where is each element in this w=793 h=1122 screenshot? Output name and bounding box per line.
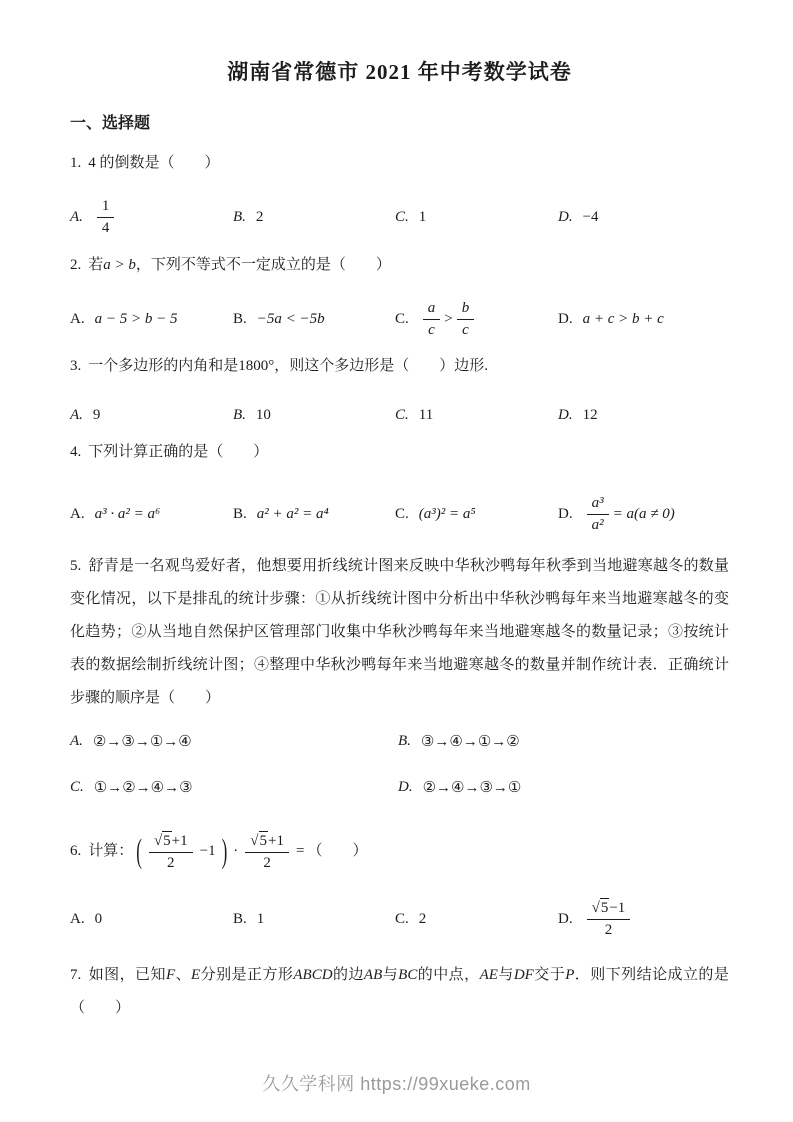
option-label: B.	[233, 506, 247, 523]
option-label: B.	[398, 733, 411, 750]
question-text: 一个多边形的内角和是	[88, 358, 238, 374]
option-text: ②→④→③→①	[423, 778, 522, 797]
question-text: 、	[175, 967, 191, 983]
question-1-stem: 1.4 的倒数是（ ）	[70, 148, 729, 180]
question-3: 3.一个多边形的内角和是1800°，则这个多边形是（ ）边形. A. 9 B. …	[70, 351, 729, 431]
question-number: 4.	[70, 444, 81, 460]
q4-option-a: A. a³ · a² = a⁶	[70, 506, 233, 523]
inline-math: a > b	[103, 257, 136, 273]
relation-sign: >	[444, 311, 452, 328]
question-text: 舒青是一名观鸟爱好者，他想要用折线统计图来反映中华秋沙鸭每年秋季到当地避寒越冬的…	[70, 558, 729, 706]
q3-option-d: D. 12	[558, 407, 729, 424]
q4-option-b: B. a² + a² = a⁴	[233, 506, 395, 523]
question-2: 2.若a > b，下列不等式不一定成立的是（ ） A. a − 5 > b − …	[70, 250, 729, 346]
question-number: 1.	[70, 155, 81, 171]
option-text: 2	[419, 911, 427, 928]
question-number: 5.	[70, 558, 81, 574]
option-label: A.	[70, 733, 83, 750]
fraction: b c	[457, 299, 475, 340]
q6-option-b: B. 1	[233, 911, 395, 928]
option-label: B.	[233, 911, 247, 928]
numerator-rest: +1	[172, 833, 188, 849]
footer: 久久学科网 https://99xueke.com	[0, 1070, 793, 1096]
option-math: a² + a² = a⁴	[257, 506, 329, 523]
question-text: ，下列不等式不一定成立的是（ ）	[136, 257, 391, 273]
q3-option-b: B. 10	[233, 407, 395, 424]
question-7-stem: 7.如图，已知F、E分别是正方形ABCD的边AB与BC的中点，AE与DF交于P．…	[70, 959, 729, 1025]
left-paren: (	[136, 830, 142, 874]
q4-option-c: C. (a³)² = a⁵	[395, 506, 558, 523]
option-label: D.	[558, 407, 573, 424]
q2-option-d: D. a + c > b + c	[558, 311, 729, 328]
question-text: 分别是正方形	[200, 967, 293, 983]
fraction: √5+1 2	[149, 832, 193, 873]
section-heading: 一、选择题	[70, 110, 729, 133]
question-3-options: A. 9 B. 10 C. 11 D. 12	[70, 401, 729, 431]
q1-option-b: B. 2	[233, 209, 395, 226]
fraction: √5−1 2	[587, 899, 631, 940]
question-number: 7.	[70, 967, 81, 983]
q3-option-c: C. 11	[395, 407, 558, 424]
q1-option-d: D. −4	[558, 209, 729, 226]
multiply-dot: ·	[233, 842, 238, 862]
sqrt-radical: √5	[592, 898, 610, 916]
option-label: D.	[558, 311, 573, 328]
q5-option-d: D. ②→④→③→①	[398, 778, 729, 797]
q3-option-a: A. 9	[70, 407, 233, 424]
question-6-stem: 6. 计算： ( √5+1 2 −1 ) · √5+1 2 = （ ）	[70, 821, 729, 883]
q2-option-a: A. a − 5 > b − 5	[70, 311, 233, 328]
fraction-numerator: 1	[97, 197, 115, 218]
option-text: 9	[93, 407, 101, 424]
option-label: B.	[233, 311, 247, 328]
question-text: 与	[382, 967, 398, 983]
exam-page: 湖南省常德市 2021 年中考数学试卷 一、选择题 1.4 的倒数是（ ） A.…	[0, 0, 793, 1025]
fraction-denominator: 4	[102, 218, 110, 238]
numerator-rest: −1	[609, 900, 625, 916]
option-label: C.	[395, 209, 409, 226]
q6-option-d: D. √5−1 2	[558, 899, 729, 940]
answer-blank: （ ）	[307, 842, 367, 862]
option-label: C.	[395, 407, 409, 424]
fraction: 1 4	[97, 197, 115, 238]
question-2-options: A. a − 5 > b − 5 B. −5a < −5b C. a c > b…	[70, 293, 729, 345]
question-5-options-row-1: A. ②→③→①→④ B. ③→④→①→②	[70, 721, 729, 761]
fraction: a c	[423, 299, 441, 340]
question-text: ，则这个多边形是（ ）边形.	[274, 358, 488, 374]
option-text: 1	[419, 209, 427, 226]
option-text: 2	[256, 209, 264, 226]
option-label: B.	[233, 407, 246, 424]
inline-math: P	[565, 967, 574, 983]
question-2-stem: 2.若a > b，下列不等式不一定成立的是（ ）	[70, 250, 729, 282]
question-5: 5.舒青是一名观鸟爱好者，他想要用折线统计图来反映中华秋沙鸭每年秋季到当地避寒越…	[70, 550, 729, 807]
inline-math: E	[191, 967, 200, 983]
fraction-numerator: √5+1	[149, 832, 193, 853]
question-4-stem: 4.下列计算正确的是（ ）	[70, 437, 729, 469]
option-text: 1	[257, 911, 265, 928]
fraction-denominator: 2	[605, 920, 613, 940]
fraction-denominator: 2	[263, 853, 271, 873]
option-label: D.	[558, 506, 573, 523]
option-text: 0	[95, 911, 103, 928]
option-text: ②→③→①→④	[93, 732, 192, 751]
option-text: 11	[419, 407, 433, 424]
option-label: C.	[395, 911, 409, 928]
question-text: 下列计算正确的是（ ）	[88, 444, 268, 460]
option-math: (a³)² = a⁵	[419, 506, 476, 523]
option-math: a³ · a² = a⁶	[95, 506, 161, 523]
option-label: C.	[395, 311, 409, 328]
question-text: 交于	[534, 967, 565, 983]
minus-term: −1	[200, 842, 216, 862]
inline-math: AE	[480, 967, 498, 983]
question-1-options: A. 1 4 B. 2 C. 1 D. −4	[70, 192, 729, 244]
question-3-stem: 3.一个多边形的内角和是1800°，则这个多边形是（ ）边形.	[70, 351, 729, 383]
inline-math: AB	[364, 967, 382, 983]
equals-sign: =	[296, 842, 304, 862]
question-4: 4.下列计算正确的是（ ） A. a³ · a² = a⁶ B. a² + a²…	[70, 437, 729, 541]
option-math: −5a < −5b	[257, 311, 325, 328]
option-label: D.	[398, 779, 413, 796]
option-label: D.	[558, 209, 573, 226]
fraction-denominator: 2	[167, 853, 175, 873]
question-text: 的中点，	[417, 967, 479, 983]
question-5-options-row-2: C. ①→②→④→③ D. ②→④→③→①	[70, 767, 729, 807]
question-6-options: A. 0 B. 1 C. 2 D. √5−1 2	[70, 893, 729, 945]
question-text: 与	[498, 967, 514, 983]
question-6: 6. 计算： ( √5+1 2 −1 ) · √5+1 2 = （ ） A. 0…	[70, 821, 729, 945]
q5-option-c: C. ①→②→④→③	[70, 778, 398, 797]
fraction-denominator: c	[462, 320, 469, 340]
fraction-numerator: a³	[587, 494, 609, 515]
question-text: 如图，已知	[88, 967, 166, 983]
option-text: 12	[583, 407, 598, 424]
fraction-numerator: √5+1	[245, 832, 289, 853]
option-math: = a(a ≠ 0)	[613, 506, 675, 523]
option-label: A.	[70, 209, 83, 226]
option-math: a + c > b + c	[583, 311, 664, 328]
q2-option-c: C. a c > b c	[395, 299, 558, 340]
q5-option-a: A. ②→③→①→④	[70, 732, 398, 751]
option-text: ①→②→④→③	[94, 778, 193, 797]
q2-option-b: B. −5a < −5b	[233, 311, 395, 328]
inline-math: 1800°	[238, 358, 274, 374]
option-label: A.	[70, 407, 83, 424]
question-text: 的边	[333, 967, 364, 983]
fraction-numerator: a	[423, 299, 441, 320]
option-math: a − 5 > b − 5	[95, 311, 178, 328]
option-label: C.	[395, 506, 409, 523]
option-label: B.	[233, 209, 246, 226]
question-4-options: A. a³ · a² = a⁶ B. a² + a² = a⁴ C. (a³)²…	[70, 488, 729, 540]
q1-option-a: A. 1 4	[70, 197, 233, 238]
numerator-rest: +1	[268, 833, 284, 849]
question-text: 若	[88, 257, 103, 273]
question-1: 1.4 的倒数是（ ） A. 1 4 B. 2 C. 1 D. −4	[70, 148, 729, 244]
inline-math: F	[166, 967, 175, 983]
footer-watermark-text: 久久学科网 https://99xueke.com	[262, 1074, 531, 1094]
fraction-numerator: b	[457, 299, 475, 320]
option-label: A.	[70, 311, 85, 328]
option-label: A.	[70, 506, 85, 523]
question-7: 7.如图，已知F、E分别是正方形ABCD的边AB与BC的中点，AE与DF交于P．…	[70, 959, 729, 1025]
option-label: D.	[558, 911, 573, 928]
fraction: √5+1 2	[245, 832, 289, 873]
question-number: 6.	[70, 842, 81, 862]
page-title: 湖南省常德市 2021 年中考数学试卷	[70, 56, 729, 86]
inline-math: DF	[514, 967, 534, 983]
q4-option-d: D. a³ a² = a(a ≠ 0)	[558, 494, 729, 535]
q6-option-c: C. 2	[395, 911, 558, 928]
option-label: C.	[70, 779, 84, 796]
question-text: 计算：	[88, 842, 133, 862]
question-number: 3.	[70, 358, 81, 374]
q5-option-b: B. ③→④→①→②	[398, 732, 729, 751]
question-text: 4 的倒数是（ ）	[88, 155, 219, 171]
inline-math: ABCD	[293, 967, 332, 983]
option-text: 10	[256, 407, 271, 424]
q6-option-a: A. 0	[70, 911, 233, 928]
inline-math: BC	[398, 967, 417, 983]
fraction: a³ a²	[587, 494, 609, 535]
fraction-denominator: c	[428, 320, 435, 340]
option-label: A.	[70, 911, 85, 928]
sqrt-radical: √5	[250, 831, 268, 849]
right-paren: )	[222, 830, 228, 874]
question-5-stem: 5.舒青是一名观鸟爱好者，他想要用折线统计图来反映中华秋沙鸭每年秋季到当地避寒越…	[70, 550, 729, 715]
option-text: −4	[583, 209, 599, 226]
question-number: 2.	[70, 257, 81, 273]
q1-option-c: C. 1	[395, 209, 558, 226]
fraction-denominator: a²	[592, 515, 604, 535]
sqrt-radical: √5	[154, 831, 172, 849]
option-text: ③→④→①→②	[421, 732, 520, 751]
fraction-numerator: √5−1	[587, 899, 631, 920]
